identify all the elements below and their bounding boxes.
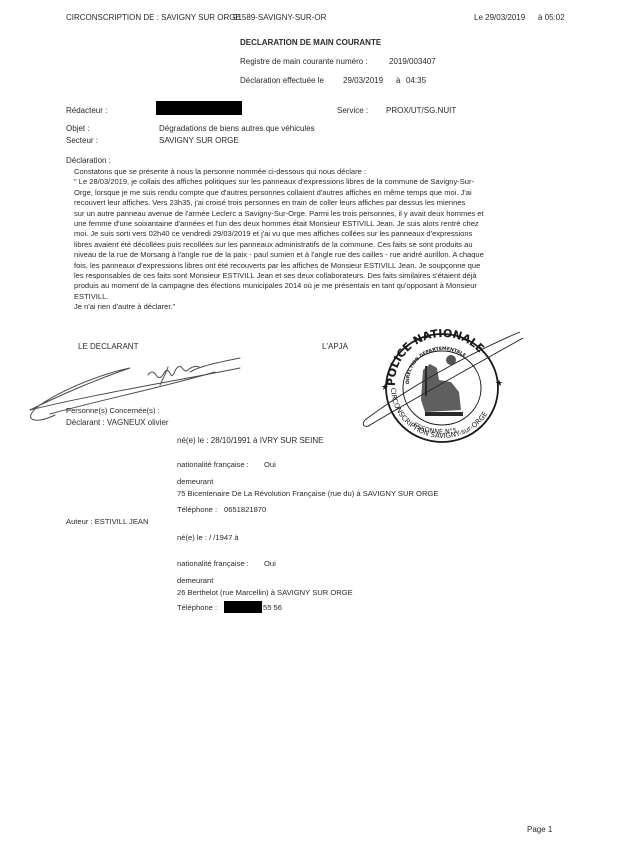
auteur-telephone-redacted [224, 601, 262, 613]
declarant-demeurant-label: demeurant [177, 477, 213, 487]
page-number: Page 1 [527, 825, 552, 835]
auteur-nationality-value: Oui [264, 559, 276, 569]
auteur-address: 26 Berthelot (rue Marcellin) à SAVIGNY S… [177, 588, 353, 598]
declarant-name: Déclarant : VAGNEUX olivier [66, 418, 169, 428]
auteur-nationality-label: nationalité française : [177, 559, 249, 569]
police-stamp: ★ ★ POLICE NATIONALE DIRECTION DÉPARTEME… [355, 330, 530, 445]
declarant-telephone-label: Téléphone : [177, 505, 217, 515]
persons-section-label: Personne(s) Concernée(s) : [66, 406, 160, 416]
declarant-birth: né(e) le : 28/10/1991 à IVRY SUR SEINE [177, 436, 323, 446]
declarant-signature [0, 0, 625, 859]
auteur-telephone-suffix: 55 56 [263, 603, 282, 613]
declarant-address: 75 Bicentenaire De La Révolution Françai… [177, 489, 438, 499]
auteur-name: Auteur : ESTIVILL JEAN [66, 517, 148, 527]
auteur-birth: né(e) le : / /1947 à [177, 533, 239, 543]
declarant-nationality-label: nationalité française : [177, 460, 249, 470]
auteur-telephone-label: Téléphone : [177, 603, 217, 613]
declarant-telephone: 0651821870 [224, 505, 266, 515]
svg-text:★: ★ [495, 379, 503, 389]
auteur-demeurant-label: demeurant [177, 576, 213, 586]
declarant-nationality-value: Oui [264, 460, 276, 470]
